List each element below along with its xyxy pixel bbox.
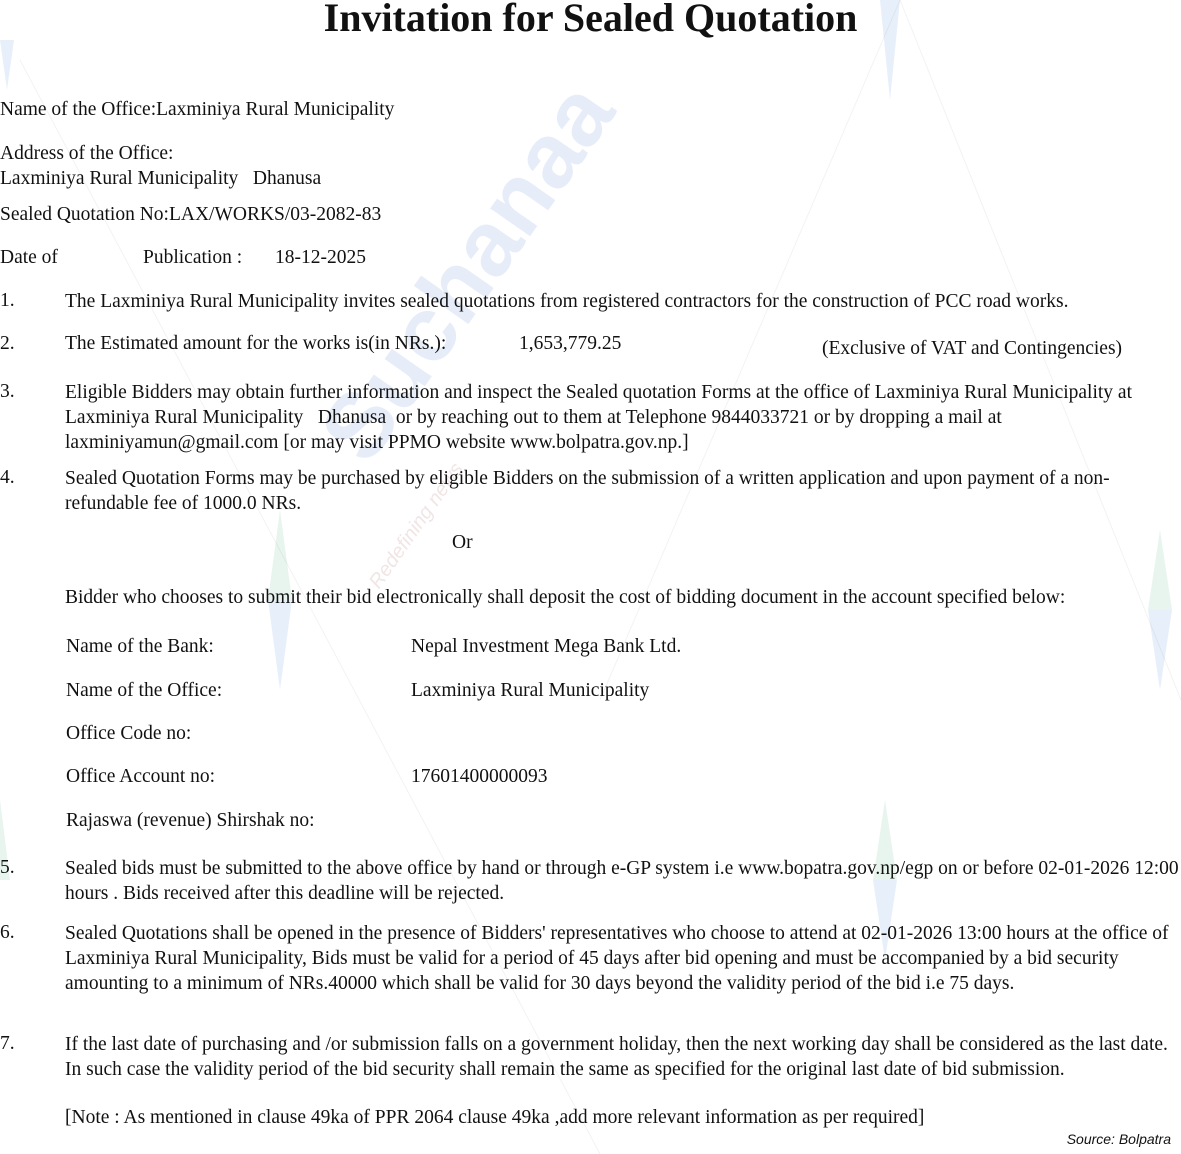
revenue-label: Rajaswa (revenue) Shirshak no: [66,809,315,833]
publication-date: 18-12-2025 [275,246,366,270]
clause-note: [Note : As mentioned in clause 49ka of P… [65,1106,924,1130]
office-label: Name of the Office: [66,679,222,703]
page-title: Invitation for Sealed Quotation [0,0,1181,42]
office-name: Name of the Office:Laxminiya Rural Munic… [0,98,394,122]
address-label: Address of the Office: [0,142,173,166]
clause-text: Sealed Quotation Forms may be purchased … [65,466,1181,516]
estimated-amount: 1,653,779.25 [519,332,621,356]
office-code-label: Office Code no: [66,722,191,746]
clause-number: 1. [0,289,15,313]
clause-text: The Laxminiya Rural Municipality invites… [65,289,1181,314]
clause-text: If the last date of purchasing and /or s… [65,1032,1181,1082]
electronic-intro: Bidder who chooses to submit their bid e… [65,586,1065,610]
clause-number: 6. [0,921,15,945]
bank-label: Name of the Bank: [66,635,214,659]
clause-number: 4. [0,466,15,490]
account-label: Office Account no: [66,765,215,789]
clause-text: Sealed Quotations shall be opened in the… [65,921,1181,996]
or-separator: Or [452,531,473,555]
clause-text: Eligible Bidders may obtain further info… [65,380,1181,455]
clause-number: 7. [0,1032,15,1056]
account-value: 17601400000093 [411,765,548,789]
clause-number: 3. [0,380,15,404]
amount-note: (Exclusive of VAT and Contingencies) [822,337,1122,361]
bank-value: Nepal Investment Mega Bank Ltd. [411,635,681,659]
clause-number: 5. [0,856,15,880]
source-credit: Source: Bolpatra [1067,1131,1171,1147]
clause-text: The Estimated amount for the works is(in… [65,332,446,356]
date-label: Date of [0,246,58,270]
office-value: Laxminiya Rural Municipality [411,679,649,703]
clause-text: Sealed bids must be submitted to the abo… [65,856,1181,906]
clause-number: 2. [0,332,15,356]
quotation-number: Sealed Quotation No:LAX/WORKS/03-2082-83 [0,203,381,227]
publication-label: Publication : [143,246,242,270]
address-value: Laxminiya Rural Municipality Dhanusa [0,167,321,191]
